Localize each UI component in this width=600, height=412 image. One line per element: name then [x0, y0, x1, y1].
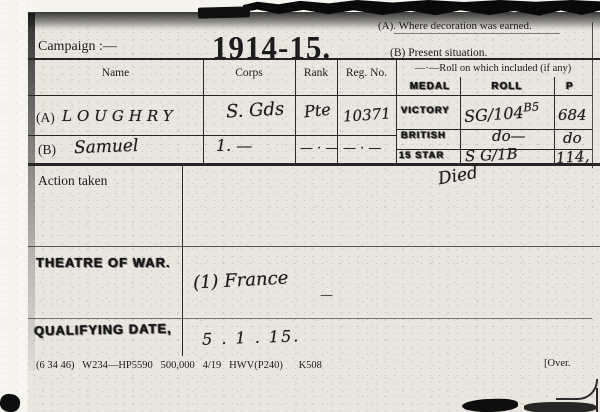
divider-label-value-lower	[182, 166, 183, 356]
row-a-name: LOUGHRY	[62, 107, 178, 125]
qualifying-date-label: QUALIFYING DATE,	[34, 321, 172, 338]
campaign-label: Campaign :—	[38, 39, 117, 55]
rule-table-bottom-thick	[28, 163, 600, 166]
victory-roll-sup: B5	[523, 99, 540, 114]
row-b-prefix: (B)	[38, 142, 56, 158]
scan-blotch-bottom-right	[524, 402, 596, 412]
row-a-regno: 10371	[342, 104, 391, 125]
row-b-regno: — · —	[343, 141, 381, 156]
row-a-rank: Pte	[303, 100, 332, 122]
printer-imprint: (6 34 46) W234—HP5590 500,000 4/19 HWV(P…	[36, 360, 322, 371]
col-header-name: Name	[28, 67, 203, 79]
divider-medal-roll	[460, 77, 461, 163]
note-where-decoration-earned: (A). Where decoration was earned.	[378, 20, 588, 32]
qualifying-date-value: 5 . 1 . 15.	[202, 326, 301, 348]
theatre-of-war-label: THEATRE OF WAR.	[36, 255, 171, 270]
row-b-rank: — · —	[300, 141, 338, 156]
rule-below-theatre	[28, 318, 592, 319]
col-header-roll: ROLL	[462, 81, 552, 92]
row-b-corps: 1. —	[216, 136, 252, 155]
rule-below-column-headers	[28, 95, 592, 96]
col-header-roll-span: —·—Roll on which included (if any)	[398, 63, 588, 74]
medal-row-victory-page: 684	[558, 106, 587, 124]
medal-row-british-label: BRITISH	[401, 130, 446, 141]
medal-row-british-roll: do—	[492, 127, 526, 145]
scan-top-black-band-left	[198, 6, 250, 18]
scan-margin-noise	[0, 0, 28, 412]
row-a-corps: S. Gds	[225, 98, 284, 122]
action-taken-label: Action taken	[38, 173, 107, 189]
note-underline	[394, 33, 560, 34]
col-header-corps: Corps	[203, 67, 295, 79]
rule-below-row-a	[28, 135, 396, 136]
campaign-value-1914-15: 1914-15.	[212, 29, 331, 67]
medal-row-british-page: do	[563, 129, 582, 147]
row-b-name: Samuel	[74, 136, 139, 158]
medal-row-star-page: 114,	[555, 147, 590, 167]
col-header-rank: Rank	[295, 67, 337, 79]
col-header-regno: Reg. No.	[337, 67, 396, 79]
row-a-prefix: (A)	[36, 110, 55, 126]
medal-row-victory-label: VICTORY	[401, 105, 450, 116]
medal-row-star-label: 15 STAR	[399, 150, 444, 161]
scan-right-edge-stroke	[596, 388, 598, 412]
col-header-medal: MEDAL	[400, 81, 460, 92]
theatre-of-war-dash: —	[320, 288, 333, 303]
card-right-edge-line	[592, 22, 593, 168]
medal-index-card-scan: (A). Where decoration was earned. Campai…	[0, 0, 600, 412]
over-note: [Over.	[544, 358, 571, 369]
scan-blotch-bottom-center	[462, 398, 518, 412]
col-header-page: P	[566, 81, 590, 92]
divider-regno-medal	[396, 59, 397, 163]
rule-below-action-taken	[28, 246, 600, 247]
